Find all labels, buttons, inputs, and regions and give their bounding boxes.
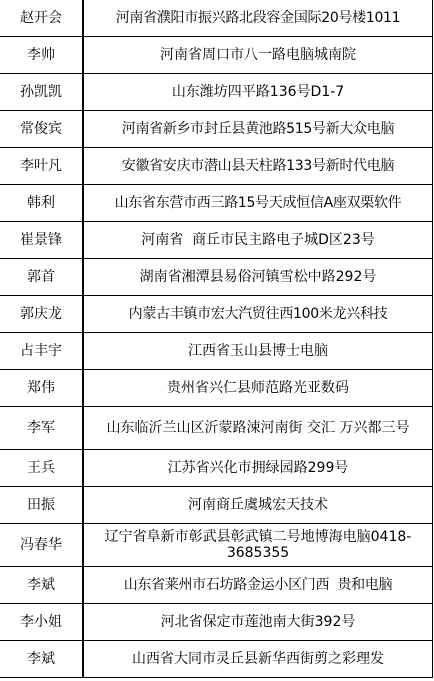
name-cell: 李叶凡 — [0, 148, 83, 185]
address-table-body: 赵开会河南省濮阳市振兴路北段容金国际20号楼1011 李帅河南省周口市八一路电脑… — [0, 0, 433, 678]
table-row: 李斌山西省大同市灵丘县新华西街剪之彩理发 — [0, 641, 433, 678]
address-table: 赵开会河南省濮阳市振兴路北段容金国际20号楼1011 李帅河南省周口市八一路电脑… — [0, 0, 433, 678]
address-cell: 山东临沂兰山区沂蒙路涑河南街 交汇 万兴都三号 — [83, 407, 433, 450]
table-row: 李叶凡安徽省安庆市潜山县天柱路133号新时代电脑 — [0, 148, 433, 185]
table-row: 田振河南商丘虞城宏天技术 — [0, 487, 433, 524]
name-cell: 郭庆龙 — [0, 296, 83, 333]
address-cell: 辽宁省阜新市彰武县彰武镇二号地博海电脑0418-3685355 — [83, 524, 433, 567]
table-row: 韩利山东省东营市西三路15号天成恒信A座双栗软件 — [0, 185, 433, 222]
name-cell: 赵开会 — [0, 0, 83, 37]
address-cell: 山东省东营市西三路15号天成恒信A座双栗软件 — [83, 185, 433, 222]
table-row: 李军山东临沂兰山区沂蒙路涑河南街 交汇 万兴都三号 — [0, 407, 433, 450]
table-row: 孙凯凯山东潍坊四平路136号D1-7 — [0, 74, 433, 111]
address-cell: 河南商丘虞城宏天技术 — [83, 487, 433, 524]
table-row: 冯春华辽宁省阜新市彰武县彰武镇二号地博海电脑0418-3685355 — [0, 524, 433, 567]
name-cell: 常俊宾 — [0, 111, 83, 148]
address-cell: 安徽省安庆市潜山县天柱路133号新时代电脑 — [83, 148, 433, 185]
table-row: 李斌山东省莱州市石坊路金运小区门西 贵和电脑 — [0, 567, 433, 604]
name-cell: 李斌 — [0, 567, 83, 604]
address-cell: 山东潍坊四平路136号D1-7 — [83, 74, 433, 111]
name-cell: 李帅 — [0, 37, 83, 74]
table-row: 常俊宾河南省新乡市封丘县黄池路515号新大众电脑 — [0, 111, 433, 148]
table-row: 郭首湖南省湘潭县易俗河镇雪松中路292号 — [0, 259, 433, 296]
name-cell: 田振 — [0, 487, 83, 524]
name-cell: 冯春华 — [0, 524, 83, 567]
name-cell: 韩利 — [0, 185, 83, 222]
table-row: 崔景锋河南省 商丘市民主路电子城D区23号 — [0, 222, 433, 259]
name-cell: 崔景锋 — [0, 222, 83, 259]
address-cell: 河南省周口市八一路电脑城南院 — [83, 37, 433, 74]
address-cell: 内蒙古丰镇市宏大汽贸往西100米龙兴科技 — [83, 296, 433, 333]
address-cell: 河南省濮阳市振兴路北段容金国际20号楼1011 — [83, 0, 433, 37]
address-cell: 河北省保定市莲池南大街392号 — [83, 604, 433, 641]
table-row: 李小姐河北省保定市莲池南大街392号 — [0, 604, 433, 641]
name-cell: 郑伟 — [0, 370, 83, 407]
address-cell: 湖南省湘潭县易俗河镇雪松中路292号 — [83, 259, 433, 296]
name-cell: 郭首 — [0, 259, 83, 296]
table-row: 郭庆龙内蒙古丰镇市宏大汽贸往西100米龙兴科技 — [0, 296, 433, 333]
address-cell: 山西省大同市灵丘县新华西街剪之彩理发 — [83, 641, 433, 678]
address-cell: 江苏省兴化市拥绿园路299号 — [83, 450, 433, 487]
address-cell: 江西省玉山县博士电脑 — [83, 333, 433, 370]
address-cell: 贵州省兴仁县师范路光亚数码 — [83, 370, 433, 407]
name-cell: 李斌 — [0, 641, 83, 678]
name-cell: 占丰宇 — [0, 333, 83, 370]
address-cell: 河南省新乡市封丘县黄池路515号新大众电脑 — [83, 111, 433, 148]
name-cell: 李军 — [0, 407, 83, 450]
table-row: 郑伟贵州省兴仁县师范路光亚数码 — [0, 370, 433, 407]
name-cell: 孙凯凯 — [0, 74, 83, 111]
table-row: 赵开会河南省濮阳市振兴路北段容金国际20号楼1011 — [0, 0, 433, 37]
name-cell: 王兵 — [0, 450, 83, 487]
table-row: 王兵江苏省兴化市拥绿园路299号 — [0, 450, 433, 487]
name-cell: 李小姐 — [0, 604, 83, 641]
table-row: 占丰宇江西省玉山县博士电脑 — [0, 333, 433, 370]
address-cell: 山东省莱州市石坊路金运小区门西 贵和电脑 — [83, 567, 433, 604]
address-cell: 河南省 商丘市民主路电子城D区23号 — [83, 222, 433, 259]
table-row: 李帅河南省周口市八一路电脑城南院 — [0, 37, 433, 74]
